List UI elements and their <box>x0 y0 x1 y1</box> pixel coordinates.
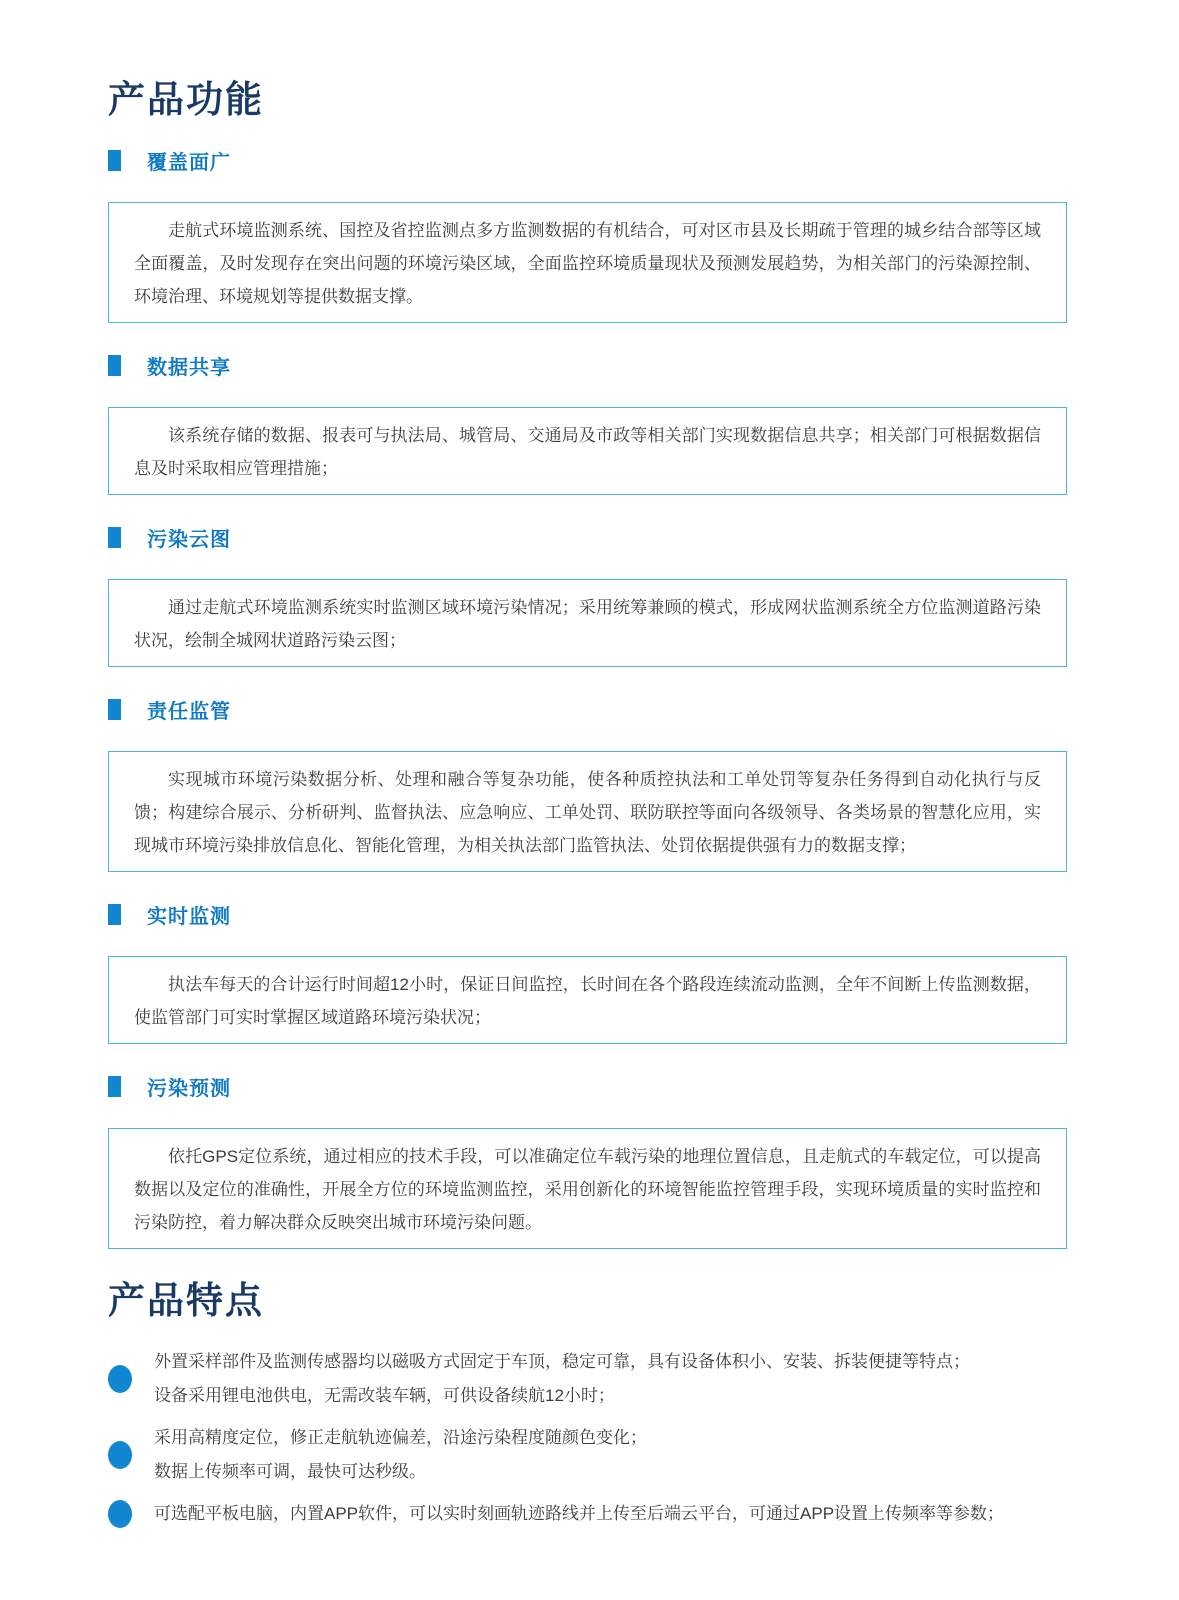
section-text-box: 执法车每天的合计运行时间超12小时，保证日间监控，长时间在各个路段连续流动监测，… <box>108 956 1067 1044</box>
page-title-product-functions: 产品功能 <box>108 78 1067 122</box>
section-heading: 污染云图 <box>108 525 1067 549</box>
section-text-box: 依托GPS定位系统，通过相应的技术手段，可以准确定位车载污染的地理位置信息，且走… <box>108 1128 1067 1249</box>
blue-dot-bullet-icon <box>108 1500 132 1528</box>
blue-square-marker-icon <box>108 1076 121 1097</box>
section-pollution-prediction: 污染预测 依托GPS定位系统，通过相应的技术手段，可以准确定位车载污染的地理位置… <box>108 1074 1067 1249</box>
section-text-box: 实现城市环境污染数据分析、处理和融合等复杂功能，使各种质控执法和工单处罚等复杂任… <box>108 751 1067 872</box>
section-heading: 责任监管 <box>108 697 1067 721</box>
section-heading: 实时监测 <box>108 902 1067 926</box>
section-body-text: 实现城市环境污染数据分析、处理和融合等复杂功能，使各种质控执法和工单处罚等复杂任… <box>134 763 1041 862</box>
feature-item-mounting-power: 外置采样部件及监测传感器均以磁吸方式固定于车顶，稳定可靠，具有设备体积小、安装、… <box>108 1345 1067 1413</box>
blue-square-marker-icon <box>108 904 121 925</box>
section-heading-label: 污染云图 <box>147 523 231 552</box>
section-text-box: 通过走航式环境监测系统实时监测区域环境污染情况；采用统筹兼顾的模式，形成网状监测… <box>108 579 1067 667</box>
section-heading: 污染预测 <box>108 1074 1067 1098</box>
section-heading-label: 实时监测 <box>147 900 231 929</box>
feature-line: 数据上传频率可调，最快可达秒级。 <box>154 1455 1067 1489</box>
section-body-text: 执法车每天的合计运行时间超12小时，保证日间监控，长时间在各个路段连续流动监测，… <box>134 968 1041 1034</box>
section-pollution-cloud-map: 污染云图 通过走航式环境监测系统实时监测区域环境污染情况；采用统筹兼顾的模式，形… <box>108 525 1067 667</box>
section-data-sharing: 数据共享 该系统存储的数据、报表可与执法局、城管局、交通局及市政等相关部门实现数… <box>108 353 1067 495</box>
section-heading-label: 数据共享 <box>147 351 231 380</box>
feature-item-positioning-upload: 采用高精度定位，修正走航轨迹偏差，沿途污染程度随颜色变化； 数据上传频率可调，最… <box>108 1421 1067 1489</box>
section-heading: 数据共享 <box>108 353 1067 377</box>
feature-line: 外置采样部件及监测传感器均以磁吸方式固定于车顶，稳定可靠，具有设备体积小、安装、… <box>154 1345 1067 1379</box>
section-responsibility-supervision: 责任监管 实现城市环境污染数据分析、处理和融合等复杂功能，使各种质控执法和工单处… <box>108 697 1067 872</box>
feature-text: 外置采样部件及监测传感器均以磁吸方式固定于车顶，稳定可靠，具有设备体积小、安装、… <box>154 1345 1067 1413</box>
blue-dot-bullet-icon <box>108 1365 132 1393</box>
section-text-box: 该系统存储的数据、报表可与执法局、城管局、交通局及市政等相关部门实现数据信息共享… <box>108 407 1067 495</box>
section-heading-label: 覆盖面广 <box>147 146 231 175</box>
section-text-box: 走航式环境监测系统、国控及省控监测点多方监测数据的有机结合，可对区市县及长期疏于… <box>108 202 1067 323</box>
section-body-text: 通过走航式环境监测系统实时监测区域环境污染情况；采用统筹兼顾的模式，形成网状监测… <box>134 591 1041 657</box>
section-heading-label: 责任监管 <box>147 695 231 724</box>
blue-square-marker-icon <box>108 150 121 171</box>
section-heading: 覆盖面广 <box>108 148 1067 172</box>
section-body-text: 依托GPS定位系统，通过相应的技术手段，可以准确定位车载污染的地理位置信息，且走… <box>134 1140 1041 1239</box>
feature-item-tablet-app: 可选配平板电脑，内置APP软件，可以实时刻画轨迹路线并上传至后端云平台，可通过A… <box>108 1497 1067 1531</box>
feature-text: 可选配平板电脑，内置APP软件，可以实时刻画轨迹路线并上传至后端云平台，可通过A… <box>154 1497 1067 1531</box>
feature-line: 可选配平板电脑，内置APP软件，可以实时刻画轨迹路线并上传至后端云平台，可通过A… <box>154 1497 1067 1531</box>
feature-line: 采用高精度定位，修正走航轨迹偏差，沿途污染程度随颜色变化； <box>154 1421 1067 1455</box>
page-title-product-features: 产品特点 <box>108 1279 1067 1323</box>
section-realtime-monitoring: 实时监测 执法车每天的合计运行时间超12小时，保证日间监控，长时间在各个路段连续… <box>108 902 1067 1044</box>
section-heading-label: 污染预测 <box>147 1072 231 1101</box>
feature-text: 采用高精度定位，修正走航轨迹偏差，沿途污染程度随颜色变化； 数据上传频率可调，最… <box>154 1421 1067 1489</box>
section-body-text: 该系统存储的数据、报表可与执法局、城管局、交通局及市政等相关部门实现数据信息共享… <box>134 419 1041 485</box>
section-wide-coverage: 覆盖面广 走航式环境监测系统、国控及省控监测点多方监测数据的有机结合，可对区市县… <box>108 148 1067 323</box>
blue-square-marker-icon <box>108 699 121 720</box>
feature-line: 设备采用锂电池供电，无需改装车辆，可供设备续航12小时； <box>154 1379 1067 1413</box>
blue-square-marker-icon <box>108 355 121 376</box>
blue-dot-bullet-icon <box>108 1441 132 1469</box>
blue-square-marker-icon <box>108 527 121 548</box>
section-body-text: 走航式环境监测系统、国控及省控监测点多方监测数据的有机结合，可对区市县及长期疏于… <box>134 214 1041 313</box>
